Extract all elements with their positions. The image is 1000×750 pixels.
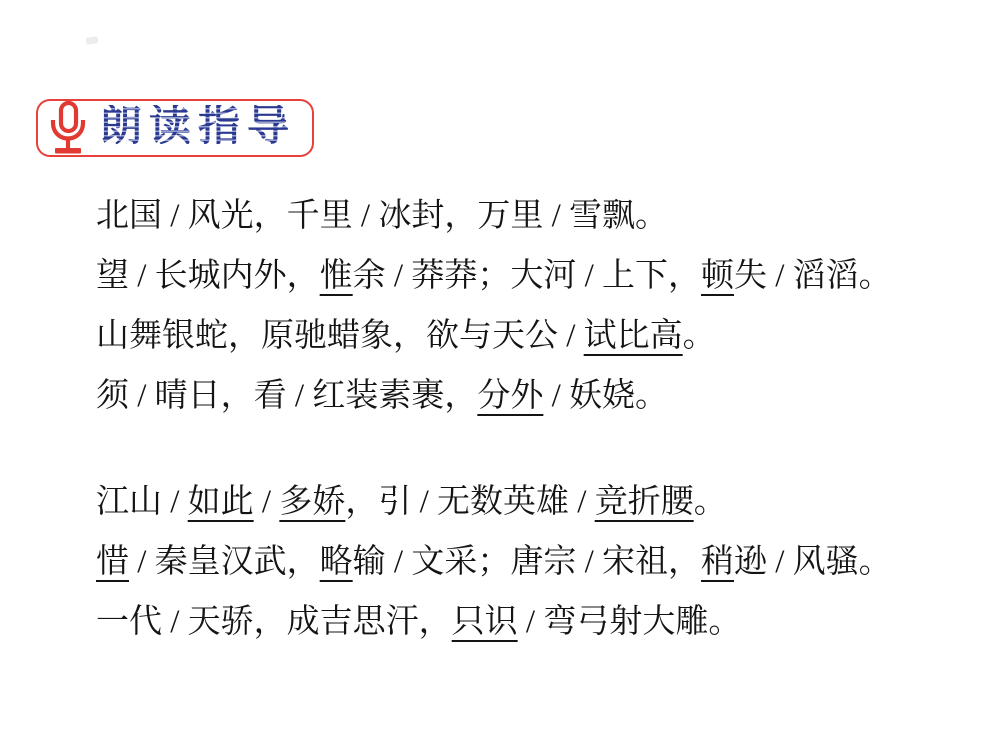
poem-paragraph: 须 / 晴日，看 / 红装素裹，分外 / 妖娆。 xyxy=(66,366,942,426)
poem-text: 逊 / 风骚。 xyxy=(734,544,892,580)
stressed-text: 如此 xyxy=(188,484,254,520)
stressed-text: 顿 xyxy=(701,258,734,294)
stressed-text: 惜 xyxy=(96,544,129,580)
slide: 朗读指导 北国 / 风光，千里 / 冰封，万里 / 雪飘。望 / 长城内外，惟余… xyxy=(0,0,1000,750)
poem-paragraph: 惜 / 秦皇汉武，略输 / 文采；唐宗 / 宋祖，稍逊 / 风骚。 xyxy=(66,532,942,592)
poem-text: 须 / 晴日，看 / 红装素裹， xyxy=(96,378,477,414)
stressed-text: 竞折腰 xyxy=(595,484,694,520)
poem-paragraph: 山舞银蛇，原驰蜡象，欲与天公 / 试比高。 xyxy=(66,306,942,366)
poem-text: / xyxy=(254,484,280,520)
poem-text: 北国 / 风光，千里 / 冰封，万里 / 雪飘。 xyxy=(96,198,668,234)
poem-text: 。 xyxy=(683,318,716,354)
poem-text: 失 / 滔滔。 xyxy=(734,258,892,294)
stanza: 江山 / 如此 / 多娇，引 / 无数英雄 / 竞折腰。惜 / 秦皇汉武，略输 … xyxy=(66,472,942,652)
poem-text: ，引 / 无数英雄 / xyxy=(345,484,594,520)
poem-text: 。 xyxy=(694,484,727,520)
page-title: 朗读指导 xyxy=(100,105,296,151)
poem-text: 望 / 长城内外， xyxy=(96,258,320,294)
poem-text: 输 / 文采；唐宗 / 宋祖， xyxy=(353,544,701,580)
stressed-text: 分外 xyxy=(477,378,543,414)
poem-text: 山舞银蛇，原驰蜡象，欲与天公 / xyxy=(96,318,584,354)
stressed-text: 惟 xyxy=(320,258,353,294)
poem-text: 一代 / 天骄，成吉思汗， xyxy=(96,604,452,640)
poem-text: / 妖娆。 xyxy=(543,378,668,414)
poem-paragraph: 一代 / 天骄，成吉思汗，只识 / 弯弓射大雕。 xyxy=(66,592,942,652)
stressed-text: 稍 xyxy=(701,544,734,580)
stanza: 北国 / 风光，千里 / 冰封，万里 / 雪飘。望 / 长城内外，惟余 / 莽莽… xyxy=(66,186,942,426)
stressed-text: 略 xyxy=(320,544,353,580)
poem-text: 余 / 莽莽；大河 / 上下， xyxy=(353,258,701,294)
stressed-text: 只识 xyxy=(452,604,518,640)
poem: 北国 / 风光，千里 / 冰封，万里 / 雪飘。望 / 长城内外，惟余 / 莽莽… xyxy=(0,186,1000,652)
poem-paragraph: 江山 / 如此 / 多娇，引 / 无数英雄 / 竞折腰。 xyxy=(66,472,942,532)
poem-paragraph: 北国 / 风光，千里 / 冰封，万里 / 雪飘。 xyxy=(66,186,942,246)
stray-mark xyxy=(86,36,99,45)
microphone-icon xyxy=(48,100,88,156)
stressed-text: 多娇 xyxy=(279,484,345,520)
section-title-box: 朗读指导 xyxy=(36,99,314,157)
poem-paragraph: 望 / 长城内外，惟余 / 莽莽；大河 / 上下，顿失 / 滔滔。 xyxy=(66,246,942,306)
poem-text: / 秦皇汉武， xyxy=(129,544,320,580)
poem-text: 江山 / xyxy=(96,484,188,520)
stressed-text: 试比高 xyxy=(584,318,683,354)
poem-text: / 弯弓射大雕。 xyxy=(518,604,742,640)
